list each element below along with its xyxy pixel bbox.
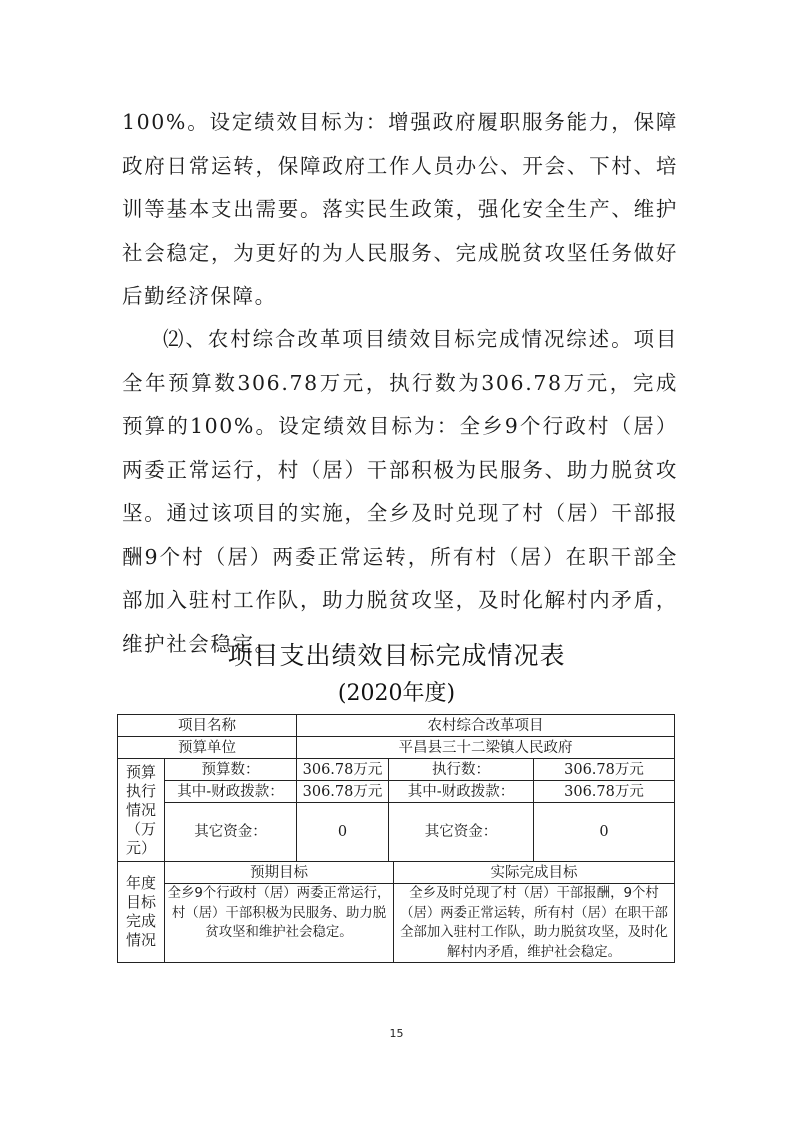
project-name-value: 农村综合改革项目 bbox=[297, 715, 675, 737]
table-row: 项目名称 农村综合改革项目 bbox=[118, 715, 675, 737]
fiscal-allocation-executed-label: 其中-财政拨款： bbox=[389, 781, 534, 803]
table-row: 预算执行情况（万元） 预算数： 306.78万元 执行数： 306.78万元 bbox=[118, 759, 675, 781]
table-row: 年度目标完成情况 预期目标 实际完成目标 bbox=[118, 862, 675, 884]
other-funds-label: 其它资金： bbox=[165, 803, 297, 862]
goal-side-label: 年度目标完成情况 bbox=[118, 862, 165, 963]
table-row: 其中-财政拨款： 306.78万元 其中-财政拨款： 306.78万元 bbox=[118, 781, 675, 803]
fiscal-allocation-value: 306.78万元 bbox=[297, 781, 389, 803]
executed-value: 306.78万元 bbox=[534, 759, 675, 781]
other-funds-executed-label: 其它资金： bbox=[389, 803, 534, 862]
budget-unit-label: 预算单位 bbox=[118, 737, 297, 759]
expected-goal-text: 全乡9个行政村（居）两委正常运行，村（居）干部积极为民服务、助力脱贫攻坚和维护社… bbox=[165, 884, 394, 963]
table-title: 项目支出绩效目标完成情况表 bbox=[0, 636, 793, 672]
table-year: (2020年度) bbox=[0, 676, 793, 707]
budget-unit-value: 平昌县三十二梁镇人民政府 bbox=[297, 737, 675, 759]
performance-table: 项目名称 农村综合改革项目 预算单位 平昌县三十二梁镇人民政府 预算执行情况（万… bbox=[117, 714, 675, 963]
expected-goal-header: 预期目标 bbox=[165, 862, 394, 884]
fiscal-allocation-label: 其中-财政拨款： bbox=[165, 781, 297, 803]
other-funds-executed-value: 0 bbox=[534, 803, 675, 862]
table-row: 预算单位 平昌县三十二梁镇人民政府 bbox=[118, 737, 675, 759]
page-number: 15 bbox=[0, 1027, 793, 1040]
actual-goal-text: 全乡及时兑现了村（居）干部报酬，9个村（居）两委正常运转，所有村（居）在职干部全… bbox=[394, 884, 675, 963]
project-name-label: 项目名称 bbox=[118, 715, 297, 737]
budget-value: 306.78万元 bbox=[297, 759, 389, 781]
other-funds-value: 0 bbox=[297, 803, 389, 862]
paragraph-rural-reform-summary: ⑵、农村综合改革项目绩效目标完成情况综述。项目全年预算数306.78万元，执行数… bbox=[122, 318, 678, 666]
budget-label: 预算数： bbox=[165, 759, 297, 781]
executed-label: 执行数： bbox=[389, 759, 534, 781]
fiscal-allocation-executed-value: 306.78万元 bbox=[534, 781, 675, 803]
execution-side-label: 预算执行情况（万元） bbox=[118, 759, 165, 862]
paragraph-general-budget-goal: 100%。设定绩效目标为：增强政府履职服务能力，保障政府日常运转，保障政府工作人… bbox=[122, 101, 678, 319]
actual-goal-header: 实际完成目标 bbox=[394, 862, 675, 884]
table-row: 其它资金： 0 其它资金： 0 bbox=[118, 803, 675, 862]
table-row: 全乡9个行政村（居）两委正常运行，村（居）干部积极为民服务、助力脱贫攻坚和维护社… bbox=[118, 884, 675, 963]
